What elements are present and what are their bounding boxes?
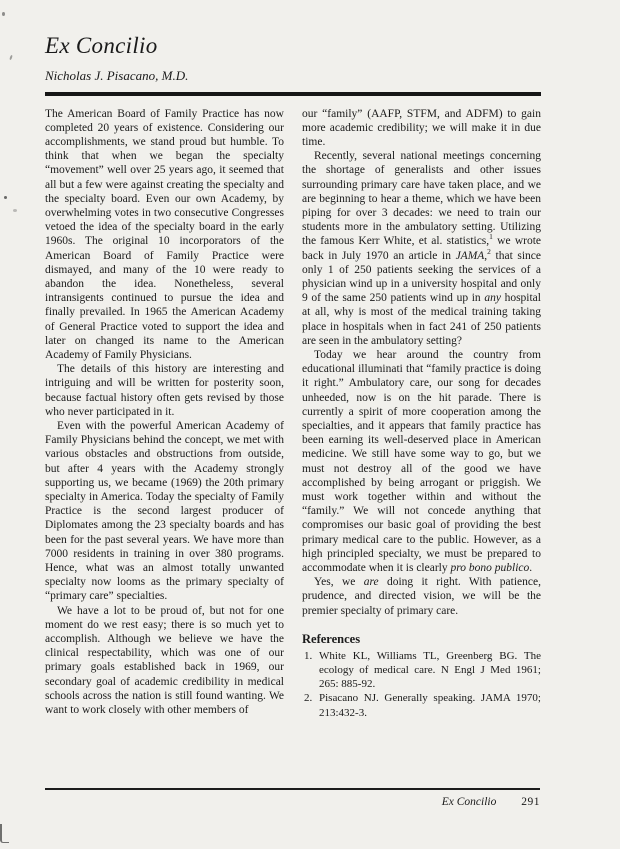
article-body: The American Board of Family Practice ha… [45, 107, 541, 720]
page-content: Ex Concilio Nicholas J. Pisacano, M.D. T… [45, 33, 541, 720]
paragraph: We have a lot to be proud of, but not fo… [45, 604, 284, 718]
right-column-text: our “family” (AAFP, STFM, and ADFM) to g… [302, 107, 541, 618]
footer-rule [45, 788, 540, 790]
article-left-column: The American Board of Family Practice ha… [45, 107, 284, 720]
header-rule [45, 92, 541, 96]
paragraph: Recently, several national meetings conc… [302, 149, 541, 348]
paragraph: The details of this history are interest… [45, 362, 284, 419]
article-title: Ex Concilio [45, 33, 541, 59]
paragraph: our “family” (AAFP, STFM, and ADFM) to g… [302, 107, 541, 150]
paragraph: Even with the powerful American Academy … [45, 419, 284, 604]
page-footer: Ex Concilio 291 [45, 795, 540, 809]
reference-item: 2.Pisacano NJ. Generally speaking. JAMA … [302, 691, 541, 719]
journal-page: Ex Concilio Nicholas J. Pisacano, M.D. T… [0, 0, 620, 849]
footer-page-number: 291 [521, 795, 540, 809]
reference-item: 1.White KL, Williams TL, Greenberg BG. T… [302, 649, 541, 692]
scan-artifact [0, 824, 9, 843]
references-section: References 1.White KL, Williams TL, Gree… [302, 632, 541, 720]
reference-number: 1. [304, 649, 312, 663]
paragraph: Today we hear around the country from ed… [302, 348, 541, 575]
reference-text: White KL, Williams TL, Greenberg BG. The… [319, 650, 541, 690]
scan-artifact [2, 12, 5, 16]
scan-artifact [4, 196, 7, 199]
references-list: 1.White KL, Williams TL, Greenberg BG. T… [302, 649, 541, 720]
reference-text: Pisacano NJ. Generally speaking. JAMA 19… [319, 692, 541, 718]
paragraph: The American Board of Family Practice ha… [45, 107, 284, 363]
scan-artifact [13, 209, 17, 212]
paragraph: Yes, we are doing it right. With patienc… [302, 575, 541, 618]
references-heading: References [302, 632, 541, 647]
scan-artifact [9, 55, 13, 60]
author-byline: Nicholas J. Pisacano, M.D. [45, 68, 541, 83]
reference-number: 2. [304, 691, 312, 705]
article-right-column: our “family” (AAFP, STFM, and ADFM) to g… [302, 107, 541, 720]
article-header: Ex Concilio Nicholas J. Pisacano, M.D. [45, 33, 541, 96]
footer-running-title: Ex Concilio [442, 796, 497, 808]
